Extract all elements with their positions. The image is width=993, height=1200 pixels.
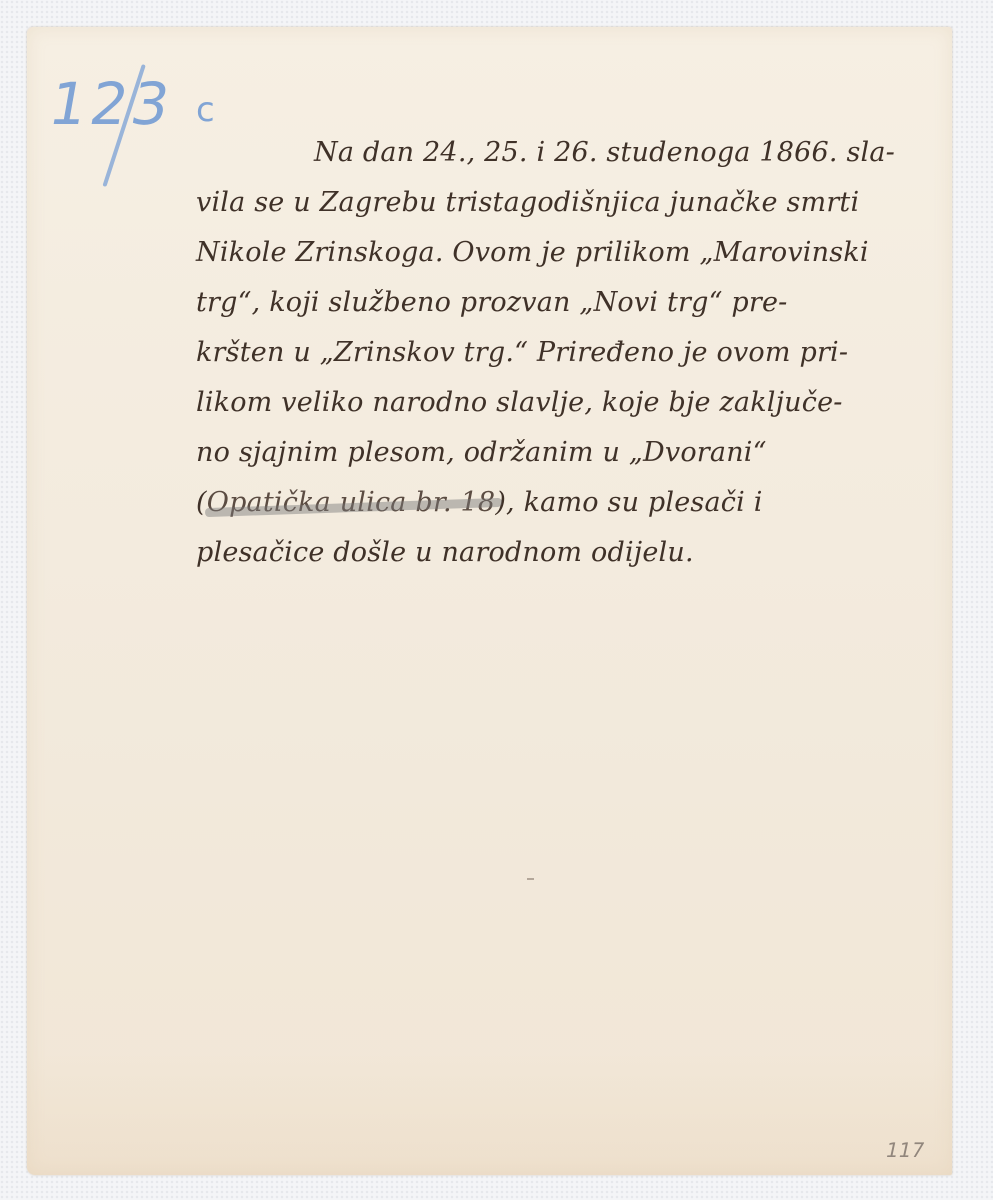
text-line: vila se u Zagrebu tristagodišnjica junač… [196, 178, 956, 228]
text-line: no sjajnim plesom, održanim u „Dvorani“ [196, 428, 956, 478]
archive-number: 123 [44, 70, 179, 138]
text-line: likom veliko narodno slavlje, koje bje z… [196, 378, 956, 428]
line-continuation: ), kamo su plesači i [495, 487, 762, 518]
text-line: Na dan 24., 25. i 26. studenoga 1866. sl… [196, 128, 956, 178]
text-line-with-strikethrough: (Opatička ulica br. 18), kamo su plesači… [196, 478, 956, 528]
text-line: Nikole Zrinskoga. Ovom je prilikom „Maro… [196, 228, 956, 278]
text-line: trg“, koji službeno prozvan „Novi trg“ p… [196, 278, 956, 328]
handwritten-text: Na dan 24., 25. i 26. studenoga 1866. sl… [196, 128, 956, 578]
pencil-mark [527, 878, 534, 880]
text-line: kršten u „Zrinskov trg.“ Priređeno je ov… [196, 328, 956, 378]
archive-suffix: c [196, 90, 215, 130]
page-number: 117 [883, 1138, 926, 1162]
struck-address: Opatička ulica br. 18 [207, 487, 496, 518]
text-line: plesačice došle u narodnom odijelu. [196, 528, 956, 578]
